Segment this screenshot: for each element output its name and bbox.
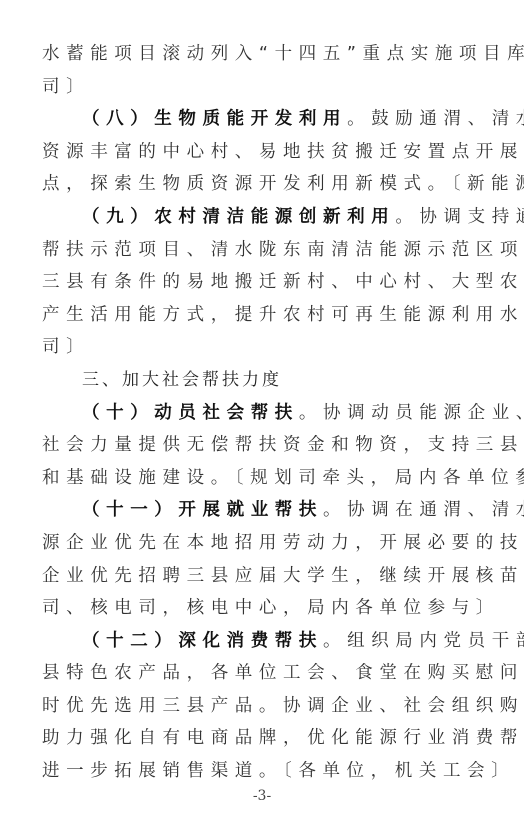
text-line: 三县有条件的易地搬迁新村、中心村、大型农村社区创新生 bbox=[42, 266, 484, 299]
item-9-line: （九）农村清洁能源创新利用。协调支持通渭多能互补 bbox=[42, 201, 484, 234]
text-line: 进一步拓展销售渠道。〔各单位，机关工会〕 bbox=[42, 755, 484, 788]
section-heading: 三、加大社会帮扶力度 bbox=[42, 364, 484, 397]
document-page: 水蓄能项目滚动列入“十四五”重点实施项目库。〔新能源 司〕 （八）生物质能开发利… bbox=[42, 38, 484, 788]
item-11-line: （十一）开展就业帮扶。协调在通渭、清水县施工的能 bbox=[42, 494, 484, 527]
text-line: 水蓄能项目滚动列入“十四五”重点实施项目库。〔新能源 bbox=[42, 38, 484, 71]
text-line: 资源丰富的中心村、易地扶贫搬迁安置点开展生物质供暖试 bbox=[42, 136, 484, 169]
page-number: -3- bbox=[0, 788, 524, 804]
item-8-title: （八）生物质能开发利用 bbox=[82, 109, 347, 129]
text-line: 司〕 bbox=[42, 331, 484, 364]
item-9-text: 。协调支持通渭多能互补 bbox=[395, 207, 524, 227]
item-12-text: 。组织局内党员干部积极购买三 bbox=[323, 631, 524, 651]
item-12-title: （十二）深化消费帮扶 bbox=[82, 631, 323, 651]
text-line: 和基础设施建设。〔规划司牵头，局内各单位参与〕 bbox=[42, 462, 484, 495]
item-12-line: （十二）深化消费帮扶。组织局内党员干部积极购买三 bbox=[42, 625, 484, 658]
text-line: 源企业优先在本地招用劳动力，开展必要的技能培训。协调 bbox=[42, 527, 484, 560]
text-line: 社会力量提供无偿帮扶资金和物资，支持三县特色产业发展 bbox=[42, 429, 484, 462]
text-line: 产生活用能方式，提升农村可再生能源利用水平。〔新能源 bbox=[42, 299, 484, 332]
item-10-text: 。协调动员能源企业、公益组织等 bbox=[299, 403, 524, 423]
text-line: 企业优先招聘三县应届大学生，继续开展核苗计划。〔规划 bbox=[42, 560, 484, 593]
item-8-line: （八）生物质能开发利用。鼓励通渭、清水县在生物质 bbox=[42, 103, 484, 136]
item-10-line: （十）动员社会帮扶。协调动员能源企业、公益组织等 bbox=[42, 397, 484, 430]
item-9-title: （九）农村清洁能源创新利用 bbox=[82, 207, 395, 227]
text-line: 司、核电司，核电中心，局内各单位参与〕 bbox=[42, 592, 484, 625]
text-line: 时优先选用三县产品。协调企业、社会组织购买三县产品， bbox=[42, 690, 484, 723]
text-line: 司〕 bbox=[42, 71, 484, 104]
text-line: 助力强化自有电商品牌，优化能源行业消费帮扶合作平台， bbox=[42, 722, 484, 755]
item-11-title: （十一）开展就业帮扶 bbox=[82, 500, 323, 520]
text-line: 点，探索生物质资源开发利用新模式。〔新能源司〕 bbox=[42, 168, 484, 201]
text-line: 帮扶示范项目、清水陇东南清洁能源示范区项目建设。指导 bbox=[42, 234, 484, 267]
item-8-text: 。鼓励通渭、清水县在生物质 bbox=[347, 109, 524, 129]
item-11-text: 。协调在通渭、清水县施工的能 bbox=[323, 500, 524, 520]
item-10-title: （十）动员社会帮扶 bbox=[82, 403, 299, 423]
text-line: 县特色农产品，各单位工会、食堂在购买慰问品、食材采购 bbox=[42, 657, 484, 690]
